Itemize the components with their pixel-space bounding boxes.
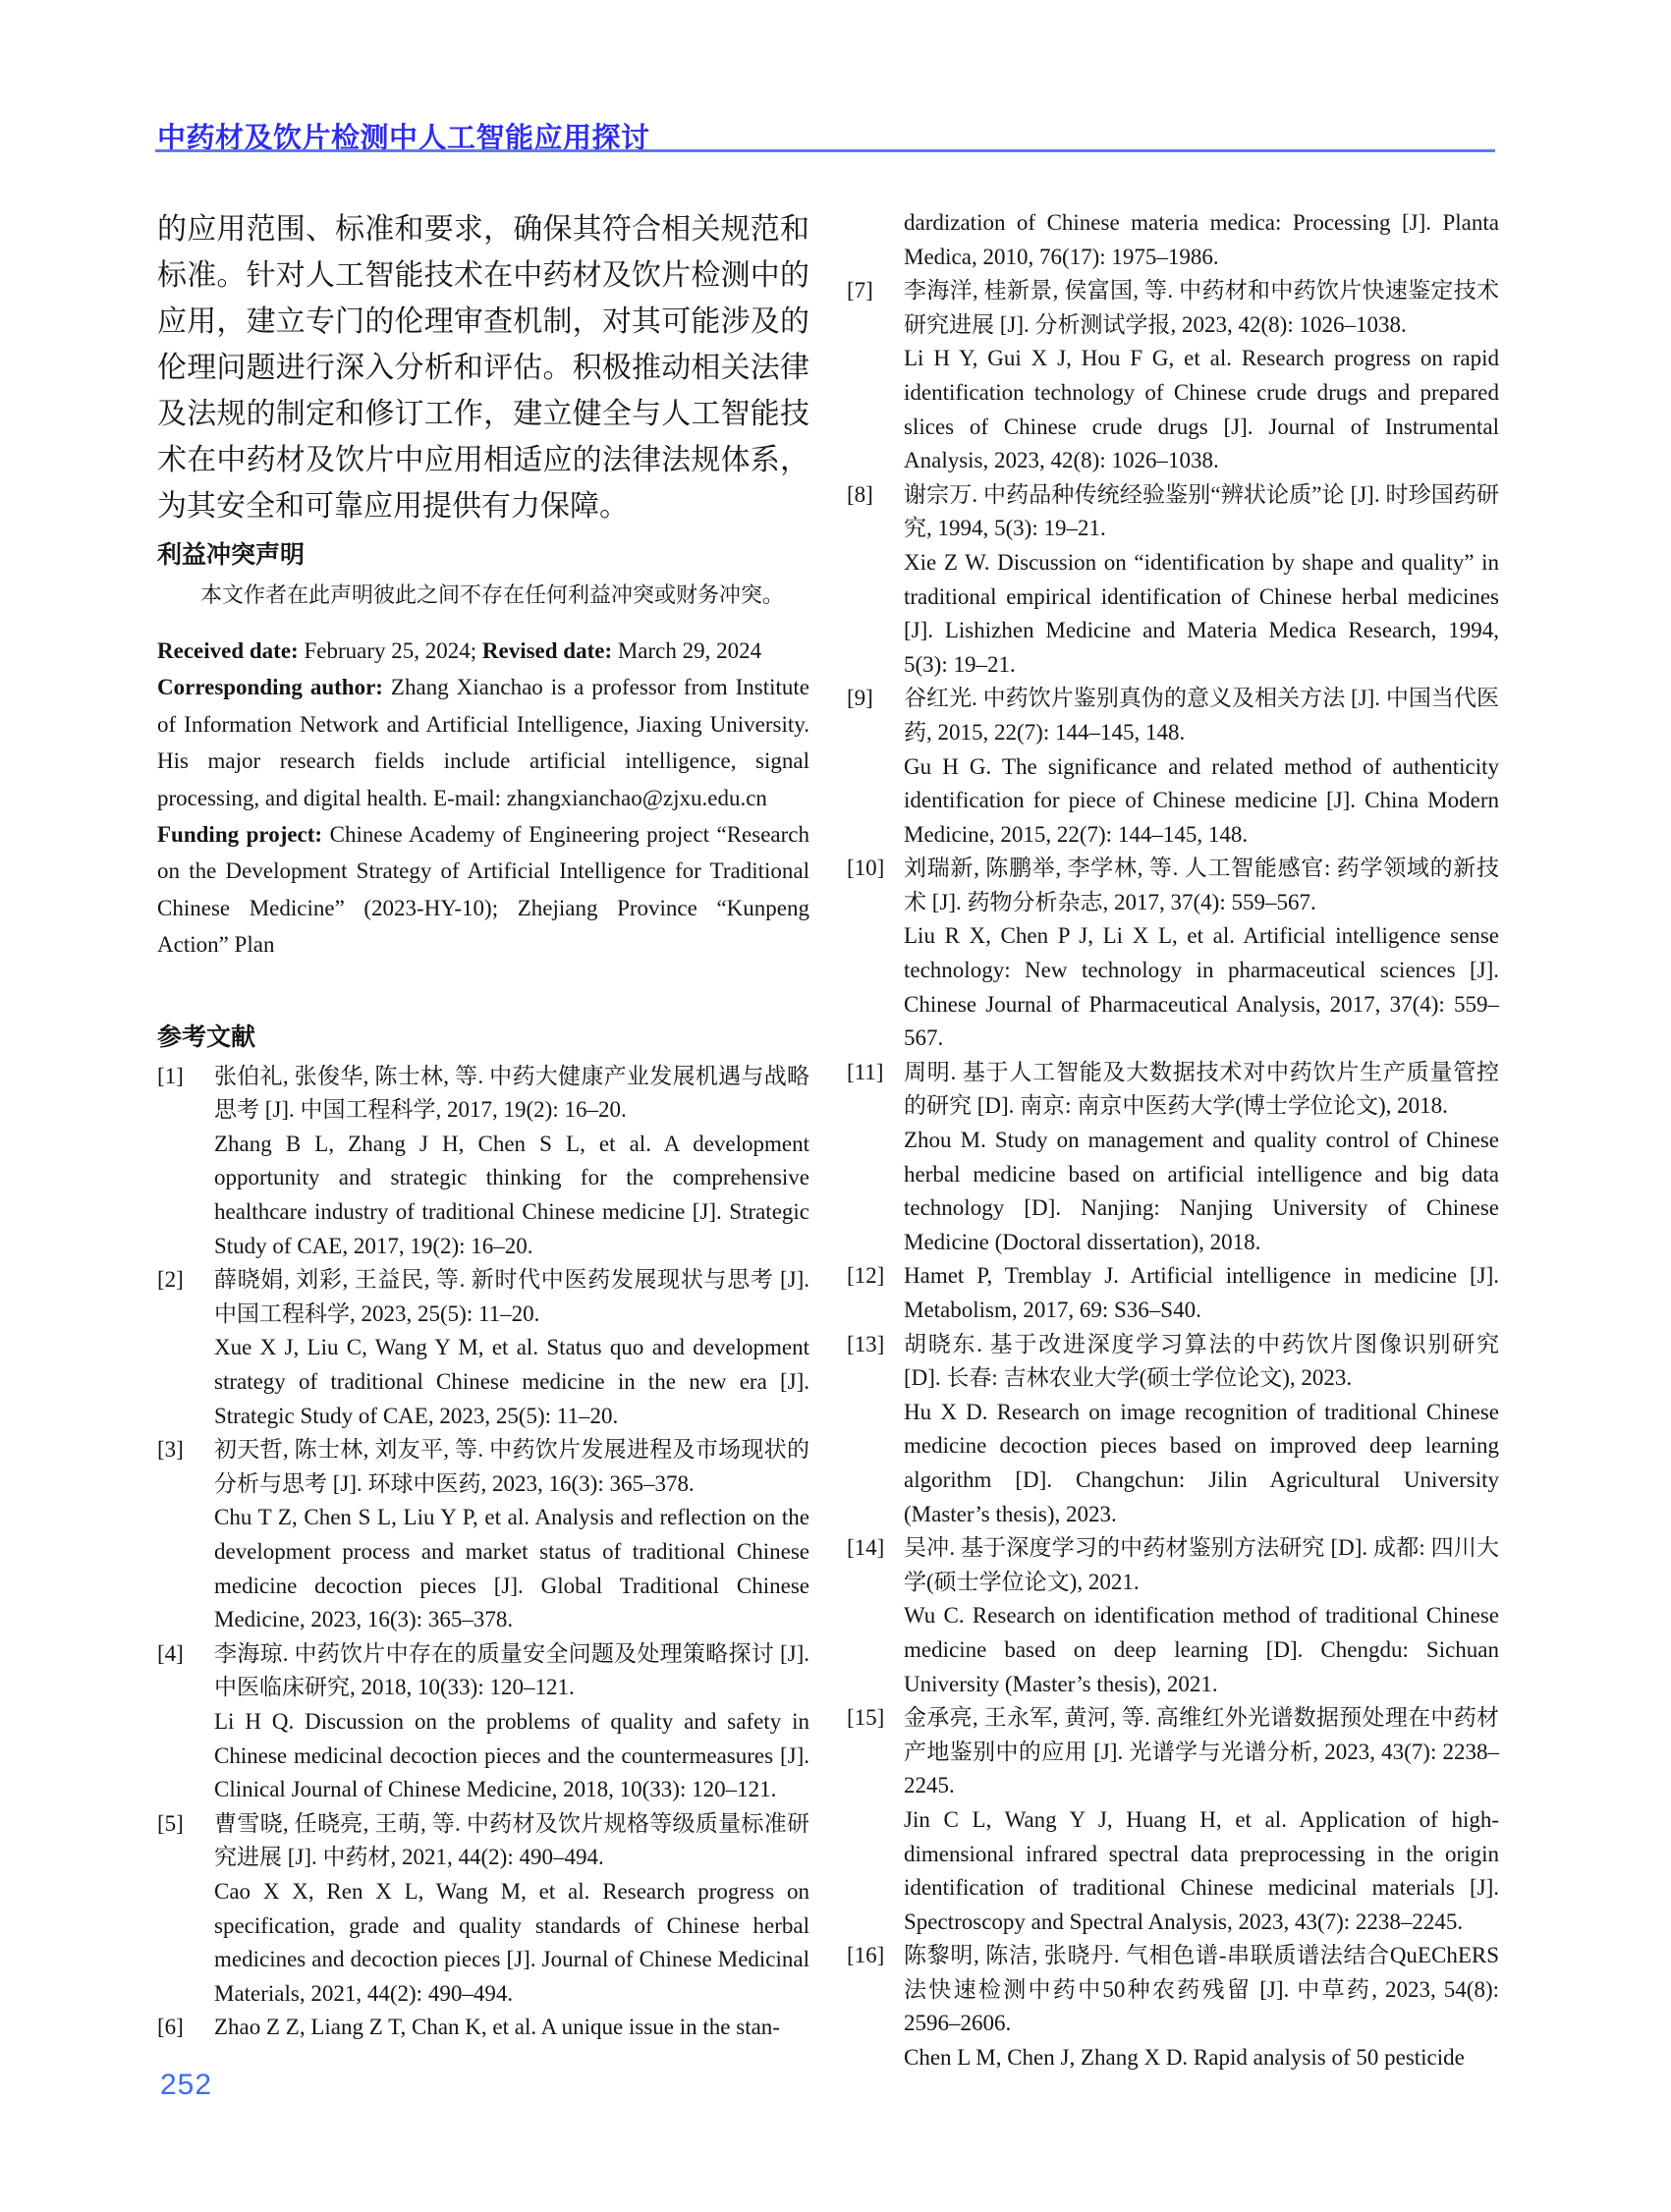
reference-text-zh: 吴冲. 基于深度学习的中药材鉴别方法研究 [D]. 成都: 四川大学(硕士学位论…	[904, 1531, 1499, 1599]
reference-body: 李海洋, 桂新景, 侯富国, 等. 中药材和中药饮片快速鉴定技术研究进展 [J]…	[904, 274, 1499, 478]
reference-text-en: Gu H G. The significance and related met…	[904, 750, 1499, 853]
reference-body: 谷红光. 中药饮片鉴别真伪的意义及相关方法 [J]. 中国当代医药, 2015,…	[904, 682, 1499, 852]
article-meta: Received date: February 25, 2024; Revise…	[157, 633, 809, 964]
reference-body: 金承亮, 王永军, 黄河, 等. 高维红外光谱数据预处理在中药材产地鉴别中的应用…	[904, 1701, 1499, 1939]
corresponding-author-label: Corresponding author:	[157, 675, 383, 699]
reference-item: [9]谷红光. 中药饮片鉴别真伪的意义及相关方法 [J]. 中国当代医药, 20…	[847, 682, 1499, 852]
reference-item: dardization of Chinese materia medica: P…	[847, 206, 1499, 274]
reference-text-en: Zhang B L, Zhang J H, Chen S L, et al. A…	[214, 1128, 809, 1263]
funding-project-label: Funding project:	[157, 822, 322, 847]
received-date-label: Received date:	[157, 638, 299, 663]
header-divider	[155, 149, 1495, 152]
reference-text-en: Zhao Z Z, Liang Z T, Chan K, et al. A un…	[214, 2011, 809, 2045]
reference-item: [10]刘瑞新, 陈鹏举, 李学林, 等. 人工智能感官: 药学领域的新技术 […	[847, 852, 1499, 1056]
reference-text-en: Chu T Z, Chen S L, Liu Y P, et al. Analy…	[214, 1501, 809, 1636]
reference-number: [12]	[847, 1259, 904, 1327]
reference-text-en: Xue X J, Liu C, Wang Y M, et al. Status …	[214, 1331, 809, 1433]
left-column: 的应用范围、标准和要求，确保其符合相关规范和标准。针对人工智能技术在中药材及饮片…	[157, 206, 809, 2045]
reference-text-en: Li H Q. Discussion on the problems of qu…	[214, 1705, 809, 1807]
reference-body: Zhao Z Z, Liang Z T, Chan K, et al. A un…	[214, 2011, 809, 2045]
reference-number: [10]	[847, 852, 904, 1056]
reference-item: [16]陈黎明, 陈洁, 张晓丹. 气相色谱-串联质谱法结合QuEChERS法快…	[847, 1939, 1499, 2074]
page-number: 252	[160, 2069, 212, 2102]
reference-number: [3]	[157, 1433, 214, 1637]
reference-item: [8]谢宗万. 中药品种传统经验鉴别“辨状论质”论 [J]. 时珍国药研究, 1…	[847, 478, 1499, 683]
reference-body: dardization of Chinese materia medica: P…	[904, 206, 1499, 274]
reference-list-right: dardization of Chinese materia medica: P…	[847, 206, 1499, 2075]
reference-text-zh: 张伯礼, 张俊华, 陈士林, 等. 中药大健康产业发展机遇与战略思考 [J]. …	[214, 1060, 809, 1128]
reference-number: [5]	[157, 1807, 214, 2012]
conflict-of-interest-text: 本文作者在此声明彼此之间不存在任何利益冲突或财务冲突。	[157, 580, 809, 611]
reference-body: 刘瑞新, 陈鹏举, 李学林, 等. 人工智能感官: 药学领域的新技术 [J]. …	[904, 852, 1499, 1056]
reference-item: [7]李海洋, 桂新景, 侯富国, 等. 中药材和中药饮片快速鉴定技术研究进展 …	[847, 274, 1499, 478]
reference-item: [13]胡晓东. 基于改进深度学习算法的中药饮片图像识别研究 [D]. 长春: …	[847, 1328, 1499, 1532]
references-heading: 参考文献	[157, 1022, 809, 1053]
reference-item: [2]薛晓娟, 刘彩, 王益民, 等. 新时代中医药发展现状与思考 [J]. 中…	[157, 1263, 809, 1433]
reference-text-zh: 陈黎明, 陈洁, 张晓丹. 气相色谱-串联质谱法结合QuEChERS法快速检测中…	[904, 1939, 1499, 2041]
reference-text-en: Hu X D. Research on image recognition of…	[904, 1396, 1499, 1531]
reference-body: 曹雪晓, 任晓亮, 王萌, 等. 中药材及饮片规格等级质量标准研究进展 [J].…	[214, 1807, 809, 2012]
reference-item: [11]周明. 基于人工智能及大数据技术对中药饮片生产质量管控的研究 [D]. …	[847, 1056, 1499, 1260]
page: { "page": { "title": "中药材及饮片检测中人工智能应用探讨"…	[0, 0, 1671, 2212]
reference-number: [4]	[157, 1637, 214, 1807]
reference-number: [13]	[847, 1328, 904, 1532]
reference-text-zh: 周明. 基于人工智能及大数据技术对中药饮片生产质量管控的研究 [D]. 南京: …	[904, 1056, 1499, 1124]
reference-text-zh: 初天哲, 陈士林, 刘友平, 等. 中药饮片发展进程及市场现状的分析与思考 [J…	[214, 1433, 809, 1501]
reference-number: [9]	[847, 682, 904, 852]
reference-item: [1]张伯礼, 张俊华, 陈士林, 等. 中药大健康产业发展机遇与战略思考 [J…	[157, 1060, 809, 1264]
reference-text-zh: 胡晓东. 基于改进深度学习算法的中药饮片图像识别研究 [D]. 长春: 吉林农业…	[904, 1328, 1499, 1396]
reference-text-zh: 李海琼. 中药饮片中存在的质量安全问题及处理策略探讨 [J]. 中医临床研究, …	[214, 1637, 809, 1705]
reference-number	[847, 206, 904, 274]
received-date-value: February 25, 2024;	[299, 638, 482, 663]
right-column: dardization of Chinese materia medica: P…	[847, 206, 1499, 2075]
reference-item: [5]曹雪晓, 任晓亮, 王萌, 等. 中药材及饮片规格等级质量标准研究进展 […	[157, 1807, 809, 2012]
reference-text-en: Xie Z W. Discussion on “identification b…	[904, 546, 1499, 682]
funding-project-line: Funding project: Chinese Academy of Engi…	[157, 816, 809, 964]
corresponding-author-line: Corresponding author: Zhang Xianchao is …	[157, 669, 809, 816]
reference-text-en: Hamet P, Tremblay J. Artificial intellig…	[904, 1259, 1499, 1327]
reference-text-en: Cao X X, Ren X L, Wang M, et al. Researc…	[214, 1875, 809, 2011]
reference-text-en: Chen L M, Chen J, Zhang X D. Rapid analy…	[904, 2041, 1499, 2075]
reference-item: [14]吴冲. 基于深度学习的中药材鉴别方法研究 [D]. 成都: 四川大学(硕…	[847, 1531, 1499, 1701]
reference-item: [12]Hamet P, Tremblay J. Artificial inte…	[847, 1259, 1499, 1327]
revised-date-value: March 29, 2024	[612, 638, 761, 663]
reference-body: 谢宗万. 中药品种传统经验鉴别“辨状论质”论 [J]. 时珍国药研究, 1994…	[904, 478, 1499, 683]
reference-body: Hamet P, Tremblay J. Artificial intellig…	[904, 1259, 1499, 1327]
reference-body: 吴冲. 基于深度学习的中药材鉴别方法研究 [D]. 成都: 四川大学(硕士学位论…	[904, 1531, 1499, 1701]
reference-body: 李海琼. 中药饮片中存在的质量安全问题及处理策略探讨 [J]. 中医临床研究, …	[214, 1637, 809, 1807]
reference-list-left: [1]张伯礼, 张俊华, 陈士林, 等. 中药大健康产业发展机遇与战略思考 [J…	[157, 1060, 809, 2045]
reference-text-zh: 曹雪晓, 任晓亮, 王萌, 等. 中药材及饮片规格等级质量标准研究进展 [J].…	[214, 1807, 809, 1875]
reference-text-en: Zhou M. Study on management and quality …	[904, 1124, 1499, 1259]
reference-number: [1]	[157, 1060, 214, 1264]
reference-text-zh: 刘瑞新, 陈鹏举, 李学林, 等. 人工智能感官: 药学领域的新技术 [J]. …	[904, 852, 1499, 919]
reference-body: 初天哲, 陈士林, 刘友平, 等. 中药饮片发展进程及市场现状的分析与思考 [J…	[214, 1433, 809, 1637]
reference-text-zh: 李海洋, 桂新景, 侯富国, 等. 中药材和中药饮片快速鉴定技术研究进展 [J]…	[904, 274, 1499, 342]
reference-text-zh: 薛晓娟, 刘彩, 王益民, 等. 新时代中医药发展现状与思考 [J]. 中国工程…	[214, 1263, 809, 1331]
reference-number: [2]	[157, 1263, 214, 1433]
reference-number: [14]	[847, 1531, 904, 1701]
reference-body: 陈黎明, 陈洁, 张晓丹. 气相色谱-串联质谱法结合QuEChERS法快速检测中…	[904, 1939, 1499, 2074]
reference-text-zh: 谷红光. 中药饮片鉴别真伪的意义及相关方法 [J]. 中国当代医药, 2015,…	[904, 682, 1499, 749]
conflict-of-interest-heading: 利益冲突声明	[157, 539, 809, 571]
reference-body: 胡晓东. 基于改进深度学习算法的中药饮片图像识别研究 [D]. 长春: 吉林农业…	[904, 1328, 1499, 1532]
reference-text-zh: 金承亮, 王永军, 黄河, 等. 高维红外光谱数据预处理在中药材产地鉴别中的应用…	[904, 1701, 1499, 1803]
reference-text-en: Li H Y, Gui X J, Hou F G, et al. Researc…	[904, 342, 1499, 477]
reference-body: 周明. 基于人工智能及大数据技术对中药饮片生产质量管控的研究 [D]. 南京: …	[904, 1056, 1499, 1260]
reference-number: [6]	[157, 2011, 214, 2045]
reference-text-zh: 谢宗万. 中药品种传统经验鉴别“辨状论质”论 [J]. 时珍国药研究, 1994…	[904, 478, 1499, 546]
body-paragraph: 的应用范围、标准和要求，确保其符合相关规范和标准。针对人工智能技术在中药材及饮片…	[157, 206, 809, 529]
reference-text-en: Wu C. Research on identification method …	[904, 1599, 1499, 1701]
reference-number: [11]	[847, 1056, 904, 1260]
reference-item: [6]Zhao Z Z, Liang Z T, Chan K, et al. A…	[157, 2011, 809, 2045]
reference-text-en: Liu R X, Chen P J, Li X L, et al. Artifi…	[904, 919, 1499, 1055]
reference-text-en: Jin C L, Wang Y J, Huang H, et al. Appli…	[904, 1803, 1499, 1939]
reference-number: [8]	[847, 478, 904, 683]
reference-number: [16]	[847, 1939, 904, 2074]
reference-body: 薛晓娟, 刘彩, 王益民, 等. 新时代中医药发展现状与思考 [J]. 中国工程…	[214, 1263, 809, 1433]
reference-body: 张伯礼, 张俊华, 陈士林, 等. 中药大健康产业发展机遇与战略思考 [J]. …	[214, 1060, 809, 1264]
reference-item: [4]李海琼. 中药饮片中存在的质量安全问题及处理策略探讨 [J]. 中医临床研…	[157, 1637, 809, 1807]
reference-item: [15]金承亮, 王永军, 黄河, 等. 高维红外光谱数据预处理在中药材产地鉴别…	[847, 1701, 1499, 1939]
reference-item: [3]初天哲, 陈士林, 刘友平, 等. 中药饮片发展进程及市场现状的分析与思考…	[157, 1433, 809, 1637]
revised-date-label: Revised date:	[482, 638, 612, 663]
reference-number: [7]	[847, 274, 904, 478]
reference-number: [15]	[847, 1701, 904, 1939]
received-revised-line: Received date: February 25, 2024; Revise…	[157, 633, 809, 669]
reference-text-en: dardization of Chinese materia medica: P…	[904, 206, 1499, 274]
